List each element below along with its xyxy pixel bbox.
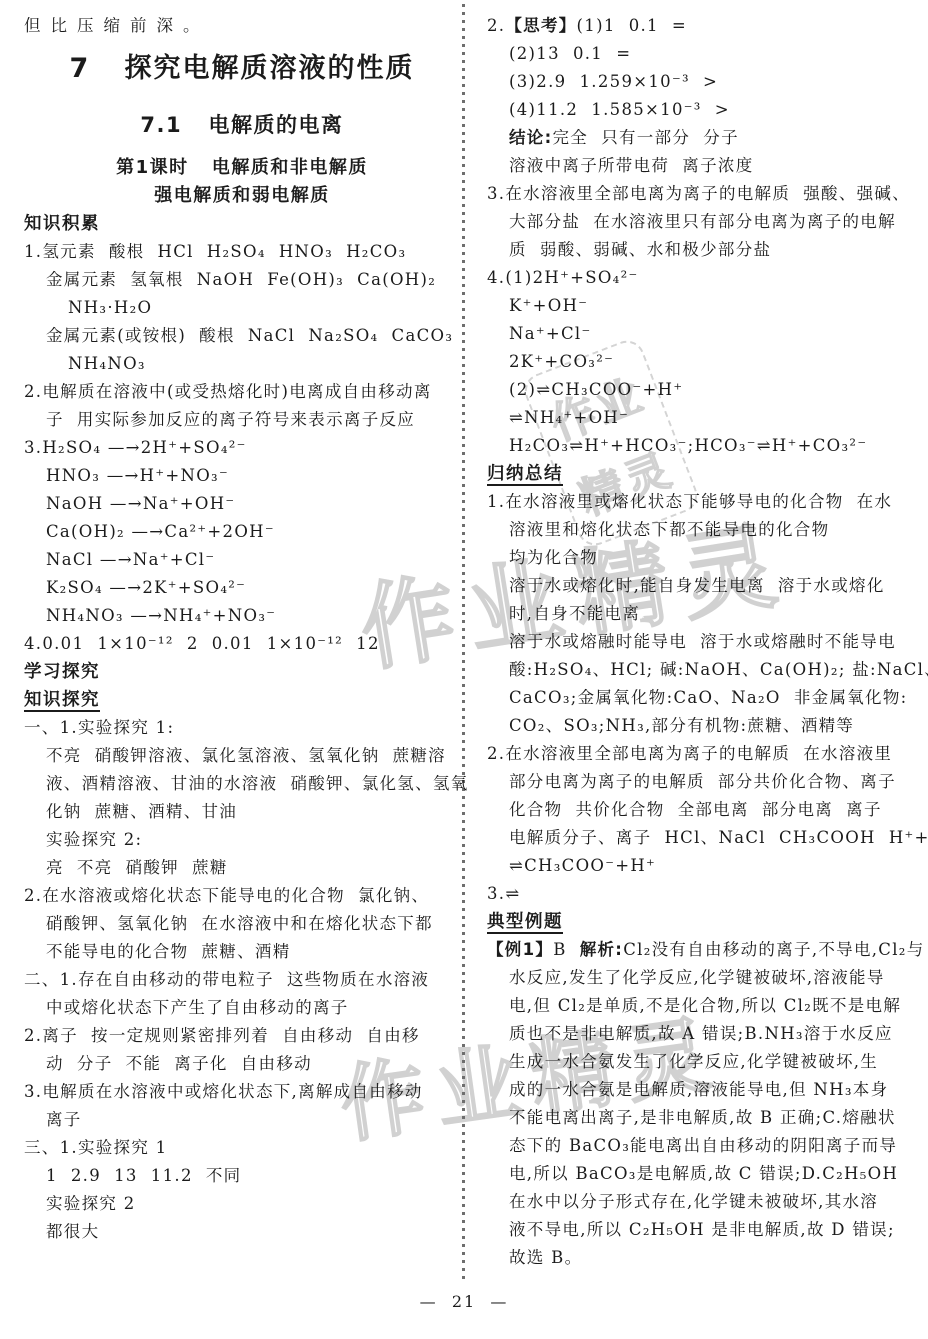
text-line: 溶液里和熔化状态下都不能导电的化合物 (487, 516, 923, 544)
text-span: 溶液里和熔化状态下都不能导电的化合物 (509, 520, 829, 539)
text-line: Ca(OH)₂ —→Ca²⁺+2OH⁻ (24, 518, 460, 546)
text-span: (2)⇌CH₃COO⁻+H⁺ (509, 380, 683, 399)
text-span: 1 2.9 13 11.2 不同 (46, 1166, 241, 1185)
text-line: (2)⇌CH₃COO⁻+H⁺ (487, 376, 923, 404)
text-line: 部分电离为离子的电解质 部分共价化合物、离子 (487, 768, 923, 796)
text-line: 生成一水合氨发生了化学反应,化学键被破坏,生 (487, 1048, 923, 1076)
text-line: 1 2.9 13 11.2 不同 (24, 1162, 460, 1190)
text-span: 3.H₂SO₄ —→2H⁺+SO₄²⁻ (24, 438, 247, 457)
text-line: 子 用实际参加反应的离子符号来表示离子反应 (24, 406, 460, 434)
text-span: 质 弱酸、弱碱、水和极少部分盐 (509, 240, 771, 259)
text-line: 都很大 (24, 1218, 460, 1246)
block-heading: 知识探究 (24, 686, 460, 714)
text-line: CaCO₃;金属氧化物:CaO、Na₂O 非金属氧化物: (487, 684, 923, 712)
text-span: 液不导电,所以 C₂H₅OH 是非电解质,故 D 错误; (509, 1220, 895, 1239)
text-span: Na⁺+Cl⁻ (509, 324, 592, 343)
text-span: ⇌CH₃COO⁻+H⁺ (509, 856, 656, 875)
text-span: 知识积累 (24, 214, 100, 234)
column-divider (462, 4, 465, 1284)
text-line: 不能导电的化合物 蔗糖、酒精 (24, 938, 460, 966)
page-number: — 21 — (0, 1292, 928, 1311)
text-span: NaOH —→Na⁺+OH⁻ (46, 494, 235, 513)
text-span: 硝酸钾、氢氧化钠 在水溶液中和在熔化状态下都 (46, 914, 433, 933)
emphasis-text: 【思考】 (505, 16, 576, 35)
text-line: NaOH —→Na⁺+OH⁻ (24, 490, 460, 518)
text-span: 完全 只有一部分 分子 (553, 128, 739, 147)
text-line: 【例1】B 解析:Cl₂没有自由移动的离子,不导电,Cl₂与 (487, 936, 923, 964)
text-line: 金属元素 氢氧根 NaOH Fe(OH)₃ Ca(OH)₂ (24, 266, 460, 294)
text-line: 在水中以分子形式存在,化学键未被破坏,其水溶 (487, 1188, 923, 1216)
text-line: K⁺+OH⁻ (487, 292, 923, 320)
text-span: K⁺+OH⁻ (509, 296, 588, 315)
text-span: 实验探究 2: (46, 830, 142, 849)
text-line: 一、1.实验探究 1: (24, 714, 460, 742)
block-heading: 学习探究 (24, 658, 460, 686)
text-line: 2.在水溶液里全部电离为离子的电解质 在水溶液里 (487, 740, 923, 768)
text-line: 化钠 蔗糖、酒精、甘油 (24, 798, 460, 826)
text-span: (3)2.9 1.259×10⁻³ > (509, 72, 718, 91)
text-line: 3.⇌ (487, 880, 923, 908)
text-span: 中或熔化状态下产生了自由移动的离子 (46, 998, 349, 1017)
text-span: CO₂、SO₃;NH₃,部分有机物:蔗糖、酒精等 (509, 716, 854, 735)
text-line: K₂SO₄ —→2K⁺+SO₄²⁻ (24, 574, 460, 602)
text-line: NH₃·H₂O (24, 294, 460, 322)
text-span: 成的一水合氨是电解质,溶液能导电,但 NH₃本身 (509, 1080, 888, 1099)
block-heading: 知识积累 (24, 210, 460, 238)
text-span: CaCO₃;金属氧化物:CaO、Na₂O 非金属氧化物: (509, 688, 908, 707)
text-span: 部分电离为离子的电解质 部分共价化合物、离子 (509, 772, 896, 791)
text-line: 液、酒精溶液、甘油的水溶液 硝酸钾、氯化氢、氢氧 (24, 770, 460, 798)
block-heading: 典型例题 (487, 908, 923, 936)
text-span: 学习探究 (24, 662, 100, 682)
text-line: 二、1.存在自由移动的带电粒子 这些物质在水溶液 (24, 966, 460, 994)
emphasis-text: 解析: (580, 940, 624, 959)
text-line: H₂CO₃⇌H⁺+HCO₃⁻;HCO₃⁻⇌H⁺+CO₃²⁻ (487, 432, 923, 460)
text-span: 在水中以分子形式存在,化学键未被破坏,其水溶 (509, 1192, 878, 1211)
text-span: 二、1.存在自由移动的带电粒子 这些物质在水溶液 (24, 970, 429, 989)
text-line: 电,但 Cl₂是单质,不是化合物,所以 Cl₂既不是电解 (487, 992, 923, 1020)
text-line: 离子 (24, 1106, 460, 1134)
text-span: 3.电解质在水溶液中或熔化状态下,离解成自由移动 (24, 1082, 423, 1101)
lesson-heading: 第1课时 电解质和非电解质 (24, 154, 460, 182)
text-line: (3)2.9 1.259×10⁻³ > (487, 68, 923, 96)
text-span: (2)13 0.1 = (509, 44, 631, 63)
text-line: ⇌CH₃COO⁻+H⁺ (487, 852, 923, 880)
text-line: 时,自身不能电离 (487, 600, 923, 628)
text-line: 不能电离出离子,是非电解质,故 B 正确;C.熔融状 (487, 1104, 923, 1132)
text-line: NH₄NO₃ (24, 350, 460, 378)
text-span: 溶于水或熔化时,能自身发生电离 溶于水或熔化 (509, 576, 885, 595)
text-line: NaCl —→Na⁺+Cl⁻ (24, 546, 460, 574)
text-span: 一、1.实验探究 1: (24, 718, 174, 737)
text-span: H₂CO₃⇌H⁺+HCO₃⁻;HCO₃⁻⇌H⁺+CO₃²⁻ (509, 436, 867, 455)
text-span: 2K⁺+CO₃²⁻ (509, 352, 614, 371)
text-line: 3.H₂SO₄ —→2H⁺+SO₄²⁻ (24, 434, 460, 462)
text-line: HNO₃ —→H⁺+NO₃⁻ (24, 462, 460, 490)
text-span: 生成一水合氨发生了化学反应,化学键被破坏,生 (509, 1052, 878, 1071)
text-span: 典型例题 (487, 912, 563, 932)
text-line: (2)13 0.1 = (487, 40, 923, 68)
emphasis-text: 结论: (509, 128, 553, 147)
text-line: 均为化合物 (487, 544, 923, 572)
text-span: 2.在水溶液或熔化状态下能导电的化合物 氯化钠、 (24, 886, 429, 905)
text-line: 硝酸钾、氢氧化钠 在水溶液中和在熔化状态下都 (24, 910, 460, 938)
text-line: CO₂、SO₃;NH₃,部分有机物:蔗糖、酒精等 (487, 712, 923, 740)
text-span: 液、酒精溶液、甘油的水溶液 硝酸钾、氯化氢、氢氧 (46, 774, 469, 793)
text-span: 电,所以 BaCO₃是电解质,故 C 错误;D.C₂H₅OH (509, 1164, 898, 1183)
text-span: 故选 B。 (509, 1248, 582, 1267)
text-span: 2.在水溶液里全部电离为离子的电解质 在水溶液里 (487, 744, 892, 763)
section-heading: 7.1 电解质的电离 (24, 108, 460, 142)
text-line: 动 分子 不能 离子化 自由移动 (24, 1050, 460, 1078)
text-span: 2.电解质在溶液中(或受热熔化时)电离成自由移动离 (24, 382, 432, 401)
text-span: 实验探究 2 (46, 1194, 136, 1213)
text-span: 动 分子 不能 离子化 自由移动 (46, 1054, 312, 1073)
text-span: 归纳总结 (487, 464, 563, 484)
text-line: 2.电解质在溶液中(或受热熔化时)电离成自由移动离 (24, 378, 460, 406)
text-span: 3.⇌ (487, 884, 520, 903)
text-span: NH₄NO₃ —→NH₄⁺+NO₃⁻ (46, 606, 276, 625)
text-span: 溶于水或熔融时能导电 溶于水或熔融时不能导电 (509, 632, 896, 651)
right-column: 2.【思考】(1)1 0.1 =(2)13 0.1 =(3)2.9 1.259×… (487, 0, 923, 1272)
text-line: 2K⁺+CO₃²⁻ (487, 348, 923, 376)
text-line: Na⁺+Cl⁻ (487, 320, 923, 348)
text-span: 大部分盐 在水溶液里只有部分电离为离子的电解 (509, 212, 896, 231)
text-line: 质也不是非电解质,故 A 错误;B.NH₃溶于水反应 (487, 1020, 923, 1048)
chapter-heading: 7 探究电解质溶液的性质 (24, 46, 460, 92)
workbook-answer-page: 作业精灵 作业精灵 作业 精灵 但比压缩前深。7 探究电解质溶液的性质7.1 电… (0, 0, 928, 1339)
text-span: 1.在水溶液里或熔化状态下能够导电的化合物 在水 (487, 492, 892, 511)
text-line: 中或熔化状态下产生了自由移动的离子 (24, 994, 460, 1022)
text-span: 7.1 电解质的电离 (140, 113, 343, 137)
text-line: 质 弱酸、弱碱、水和极少部分盐 (487, 236, 923, 264)
block-heading: 归纳总结 (487, 460, 923, 488)
text-span: 不能导电的化合物 蔗糖、酒精 (46, 942, 291, 961)
text-line: 故选 B。 (487, 1244, 923, 1272)
text-line: 酸:H₂SO₄、HCl; 碱:NaOH、Ca(OH)₂; 盐:NaCl、 (487, 656, 923, 684)
text-line: 态下的 BaCO₃能电离出自由移动的阴阳离子而导 (487, 1132, 923, 1160)
text-line: 电解质分子、离子 HCl、NaCl CH₃COOH H⁺+Cl⁻ (487, 824, 923, 852)
text-span: 4.0.01 1×10⁻¹² 2 0.01 1×10⁻¹² 12 (24, 634, 380, 653)
text-span: 都很大 (46, 1222, 99, 1241)
text-line: 成的一水合氨是电解质,溶液能导电,但 NH₃本身 (487, 1076, 923, 1104)
text-line: 液不导电,所以 C₂H₅OH 是非电解质,故 D 错误; (487, 1216, 923, 1244)
text-span: 知识探究 (24, 690, 100, 710)
text-span: HNO₃ —→H⁺+NO₃⁻ (46, 466, 229, 485)
text-line: 水反应,发生了化学反应,化学键被破坏,溶液能导 (487, 964, 923, 992)
text-line: 金属元素(或铵根) 酸根 NaCl Na₂SO₄ CaCO₃ (24, 322, 460, 350)
text-line: 化合物 共价化合物 全部电离 部分电离 离子 (487, 796, 923, 824)
text-span: 金属元素(或铵根) 酸根 NaCl Na₂SO₄ CaCO₃ (46, 326, 453, 345)
text-line: 3.在水溶液里全部电离为离子的电解质 强酸、强碱、 (487, 180, 923, 208)
text-line: 1.在水溶液里或熔化状态下能够导电的化合物 在水 (487, 488, 923, 516)
text-line: 三、1.实验探究 1 (24, 1134, 460, 1162)
text-span: 电解质分子、离子 HCl、NaCl CH₃COOH H⁺+Cl⁻ (509, 828, 928, 847)
text-span: 强电解质和弱电解质 (154, 185, 330, 206)
text-span: 第1课时 电解质和非电解质 (116, 157, 368, 178)
text-span: 时,自身不能电离 (509, 604, 640, 623)
text-span: NH₄NO₃ (68, 354, 146, 373)
text-line: 2.在水溶液或熔化状态下能导电的化合物 氯化钠、 (24, 882, 460, 910)
text-span: ⇌NH₄⁺+OH⁻ (509, 408, 629, 427)
text-span: (1)1 0.1 = (577, 16, 688, 35)
text-span: B (553, 940, 580, 959)
text-span: 三、1.实验探究 1 (24, 1138, 168, 1157)
text-line: NH₄NO₃ —→NH₄⁺+NO₃⁻ (24, 602, 460, 630)
text-line: (4)11.2 1.585×10⁻³ > (487, 96, 923, 124)
text-line: 4.0.01 1×10⁻¹² 2 0.01 1×10⁻¹² 12 (24, 630, 460, 658)
text-line: 3.电解质在水溶液中或熔化状态下,离解成自由移动 (24, 1078, 460, 1106)
text-line: 实验探究 2 (24, 1190, 460, 1218)
text-span: 但比压缩前深。 (24, 16, 210, 35)
text-span: K₂SO₄ —→2K⁺+SO₄²⁻ (46, 578, 246, 597)
text-span: NH₃·H₂O (68, 298, 152, 317)
text-line: 溶于水或熔融时能导电 溶于水或熔融时不能导电 (487, 628, 923, 656)
text-span: 7 探究电解质溶液的性质 (70, 53, 415, 84)
text-span: 不亮 硝酸钾溶液、氯化氢溶液、氢氧化钠 蔗糖溶 (46, 746, 446, 765)
text-span: 2.离子 按一定规则紧密排列着 自由移动 自由移 (24, 1026, 420, 1045)
text-span: Ca(OH)₂ —→Ca²⁺+2OH⁻ (46, 522, 275, 541)
lesson-heading: 强电解质和弱电解质 (24, 182, 460, 210)
text-line: 2.离子 按一定规则紧密排列着 自由移动 自由移 (24, 1022, 460, 1050)
text-span: 不能电离出离子,是非电解质,故 B 正确;C.熔融状 (509, 1108, 896, 1127)
text-line: 结论:完全 只有一部分 分子 (487, 124, 923, 152)
text-line: 溶液中离子所带电荷 离子浓度 (487, 152, 923, 180)
text-line: 亮 不亮 硝酸钾 蔗糖 (24, 854, 460, 882)
left-column: 但比压缩前深。7 探究电解质溶液的性质7.1 电解质的电离第1课时 电解质和非电… (24, 0, 460, 1246)
text-span: 电,但 Cl₂是单质,不是化合物,所以 Cl₂既不是电解 (509, 996, 901, 1015)
text-span: 酸:H₂SO₄、HCl; 碱:NaOH、Ca(OH)₂; 盐:NaCl、 (509, 660, 928, 679)
text-span: 亮 不亮 硝酸钾 蔗糖 (46, 858, 228, 877)
text-span: 溶液中离子所带电荷 离子浓度 (509, 156, 754, 175)
text-span: Cl₂没有自由移动的离子,不导电,Cl₂与 (623, 940, 924, 959)
text-line: 电,所以 BaCO₃是电解质,故 C 错误;D.C₂H₅OH (487, 1160, 923, 1188)
text-span: 金属元素 氢氧根 NaOH Fe(OH)₃ Ca(OH)₂ (46, 270, 436, 289)
text-line: 溶于水或熔化时,能自身发生电离 溶于水或熔化 (487, 572, 923, 600)
text-span: 水反应,发生了化学反应,化学键被破坏,溶液能导 (509, 968, 885, 987)
text-line: 但比压缩前深。 (24, 12, 460, 40)
text-line: ⇌NH₄⁺+OH⁻ (487, 404, 923, 432)
text-line: 2.【思考】(1)1 0.1 = (487, 12, 923, 40)
text-span: 4.(1)2H⁺+SO₄²⁻ (487, 268, 639, 287)
text-span: 均为化合物 (509, 548, 598, 567)
text-line: 1.氢元素 酸根 HCl H₂SO₄ HNO₃ H₂CO₃ (24, 238, 460, 266)
text-span: 离子 (46, 1110, 82, 1129)
text-line: 不亮 硝酸钾溶液、氯化氢溶液、氢氧化钠 蔗糖溶 (24, 742, 460, 770)
text-span: 质也不是非电解质,故 A 错误;B.NH₃溶于水反应 (509, 1024, 893, 1043)
text-span: 3.在水溶液里全部电离为离子的电解质 强酸、强碱、 (487, 184, 910, 203)
text-span: 化合物 共价化合物 全部电离 部分电离 离子 (509, 800, 882, 819)
text-line: 大部分盐 在水溶液里只有部分电离为离子的电解 (487, 208, 923, 236)
text-line: 实验探究 2: (24, 826, 460, 854)
text-span: NaCl —→Na⁺+Cl⁻ (46, 550, 215, 569)
text-span: 化钠 蔗糖、酒精、甘油 (46, 802, 237, 821)
text-span: 1.氢元素 酸根 HCl H₂SO₄ HNO₃ H₂CO₃ (24, 242, 406, 261)
text-line: 4.(1)2H⁺+SO₄²⁻ (487, 264, 923, 292)
emphasis-text: 【例1】 (487, 940, 553, 959)
text-span: 态下的 BaCO₃能电离出自由移动的阴阳离子而导 (509, 1136, 897, 1155)
text-span: 2. (487, 16, 505, 35)
text-span: 子 用实际参加反应的离子符号来表示离子反应 (46, 410, 415, 429)
text-span: (4)11.2 1.585×10⁻³ > (509, 100, 730, 119)
